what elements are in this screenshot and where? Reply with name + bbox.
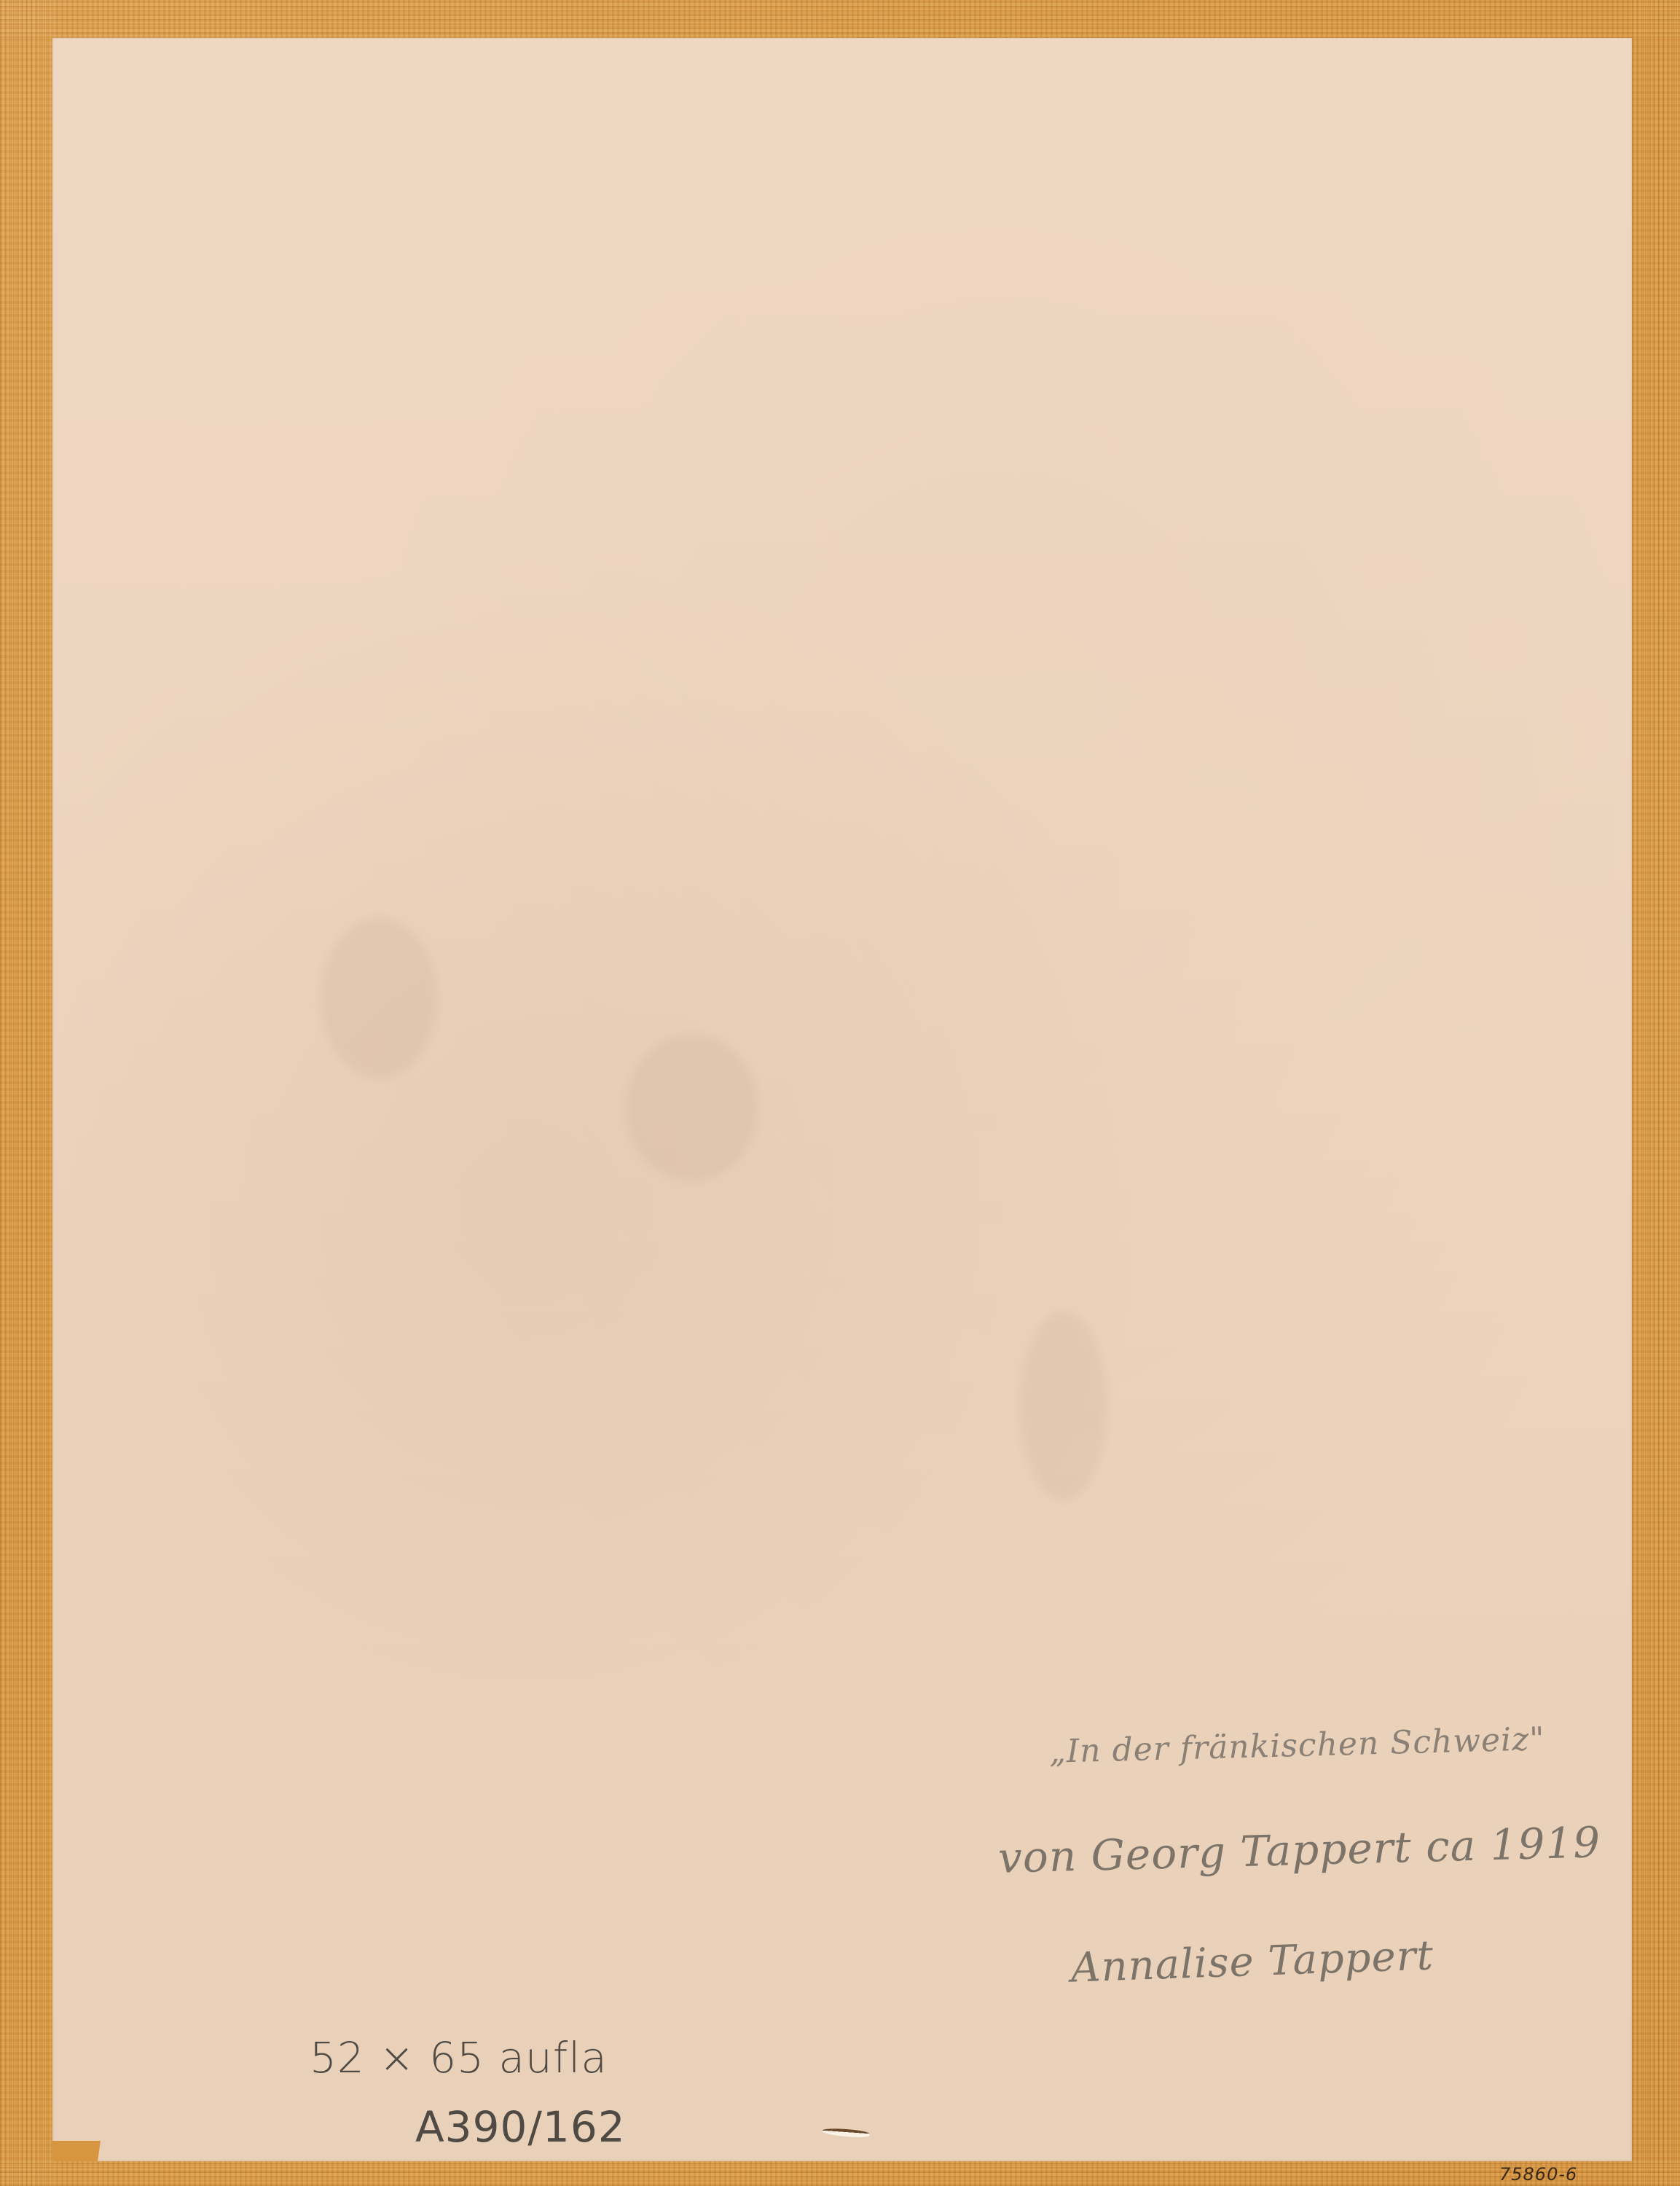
- dimensions-note: 52 × 65 aufla: [310, 2033, 608, 2083]
- bottom-tape-strip: [0, 2161, 1680, 2186]
- corner-tape-tab: [52, 2141, 101, 2161]
- paper-stain: [1020, 1312, 1107, 1501]
- archive-number: 75860-6: [1499, 2164, 1577, 2185]
- inventory-number: A390/162: [415, 2102, 626, 2152]
- paper-stain: [321, 918, 437, 1078]
- top-tape-strip: [0, 0, 1680, 38]
- left-tape-strip: [0, 0, 52, 2186]
- paper-stain: [627, 1035, 758, 1180]
- right-tape-strip: [1632, 0, 1680, 2186]
